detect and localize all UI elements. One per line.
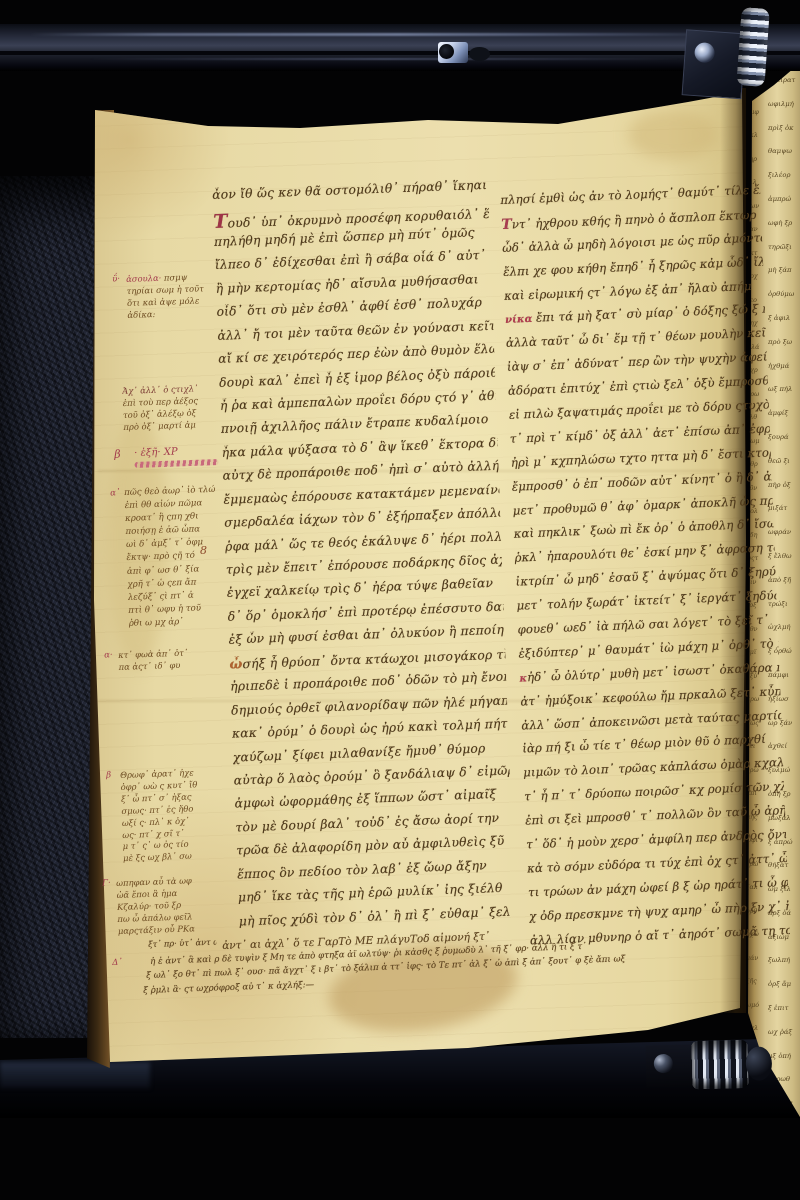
margin-note-5: β Θρωφ᾽ ἀρατ᾽ ἠχεὀφρ᾽ ωὼ ς κυτ᾽ ἴθξ᾽ ὧ π… xyxy=(120,767,221,866)
margin-note-mark: ΰ· xyxy=(112,274,120,286)
rail-highlight-lower xyxy=(90,58,680,60)
margin-note-mark: β xyxy=(106,770,111,782)
margin-note-body: τηρίαι σωμ ἡ τοῦτὅτι καὶ ἀψε μόλεἀδίκα: xyxy=(126,282,225,321)
binding-clip-bottom-right xyxy=(627,1036,781,1102)
margin-note-body: ωπηφαν αὖ τὰ ωφὠᾶ ἔποι ἃ ἡμαΚζαλύρ· τοῦ … xyxy=(116,875,216,938)
clip-lobe xyxy=(745,1046,772,1081)
margin-note-mark: Δ᾽ xyxy=(112,958,123,970)
margin-note-3: α᾽ πῶς θεὸ ἀωρ᾽ ἰὸ τλώἐπὶ θθ αἰών πῶμακρ… xyxy=(124,484,227,631)
clip-plate xyxy=(682,29,746,99)
margin-note-rubric: ἀσουλα· xyxy=(126,273,161,284)
margin-note-mark: β xyxy=(114,448,121,460)
parchment-stain xyxy=(628,110,718,160)
margin-note-body: πῶς θεὸ ἀωρ᾽ ἰὸ τλώἐπὶ θθ αἰών πῶμακροατ… xyxy=(124,484,227,631)
margin-note-4: α· κτ᾽ φωὰ ἀπ᾽ ὀτ᾽πα ἀςτ᾽ ιδ᾽ φυ xyxy=(118,647,217,674)
latch-hole xyxy=(439,44,454,59)
clip-knurled-knob xyxy=(691,1040,748,1089)
rail-sheen xyxy=(0,1062,150,1088)
text-column-right: πλησί ἐμθὶ ὡς ἀν τὸ λομήςτ᾽ θαμύτ᾽ τίλε … xyxy=(500,183,790,957)
margin-note-mark: α· xyxy=(104,650,113,662)
margin-note-body: κτ᾽ φωὰ ἀπ᾽ ὀτ᾽πα ἀςτ᾽ ιδ᾽ φυ xyxy=(118,647,217,674)
latch-knob xyxy=(469,47,490,61)
clip-knurled-knob xyxy=(736,7,769,87)
binding-clip-top-right xyxy=(672,3,776,121)
margin-note-body: ἐπὶ τοὺ περ ἀέξοςτοῦ ὀξ᾽ ἀλέξῳ ὀξπρὸ ὀξ᾽… xyxy=(122,394,221,433)
margin-note-1: ΰ· ἀσουλα· πσμψ τηρίαι σωμ ἡ τοῦτὅτι καὶ… xyxy=(126,271,226,322)
margin-note-body: Θρωφ᾽ ἀρατ᾽ ἠχεὀφρ᾽ ωὼ ς κυτ᾽ ἴθξ᾽ ὧ πτ᾽… xyxy=(120,767,221,866)
rail-highlight xyxy=(30,33,740,36)
cradle-latch xyxy=(438,42,468,63)
margin-note-2: Ἀχ᾽ ἀλλ᾽ ὁ ςτιχλ᾽ ἐπὶ τοὺ περ ἀέξοςτοῦ ὀ… xyxy=(122,383,222,434)
margin-note-mark: Γ· xyxy=(102,878,111,890)
margin-note-text: πσμψ xyxy=(161,272,187,283)
margin-note-6: Γ· ωπηφαν αὖ τὰ ωφὠᾶ ἔποι ἃ ἡμαΚζαλύρ· τ… xyxy=(116,875,216,938)
text-column-left: ἆον ἴθ ὥς κεν θᾶ οστομόλιθ᾽ πήραθ᾽ ἵκηαι… xyxy=(212,178,515,938)
margin-note-mark: α᾽ xyxy=(110,487,120,500)
margin-note-flourish: β · ἑξῆ· ΧΡ xyxy=(134,445,233,468)
flourish-rubric: · ἑξῆ· ΧΡ xyxy=(134,445,232,460)
